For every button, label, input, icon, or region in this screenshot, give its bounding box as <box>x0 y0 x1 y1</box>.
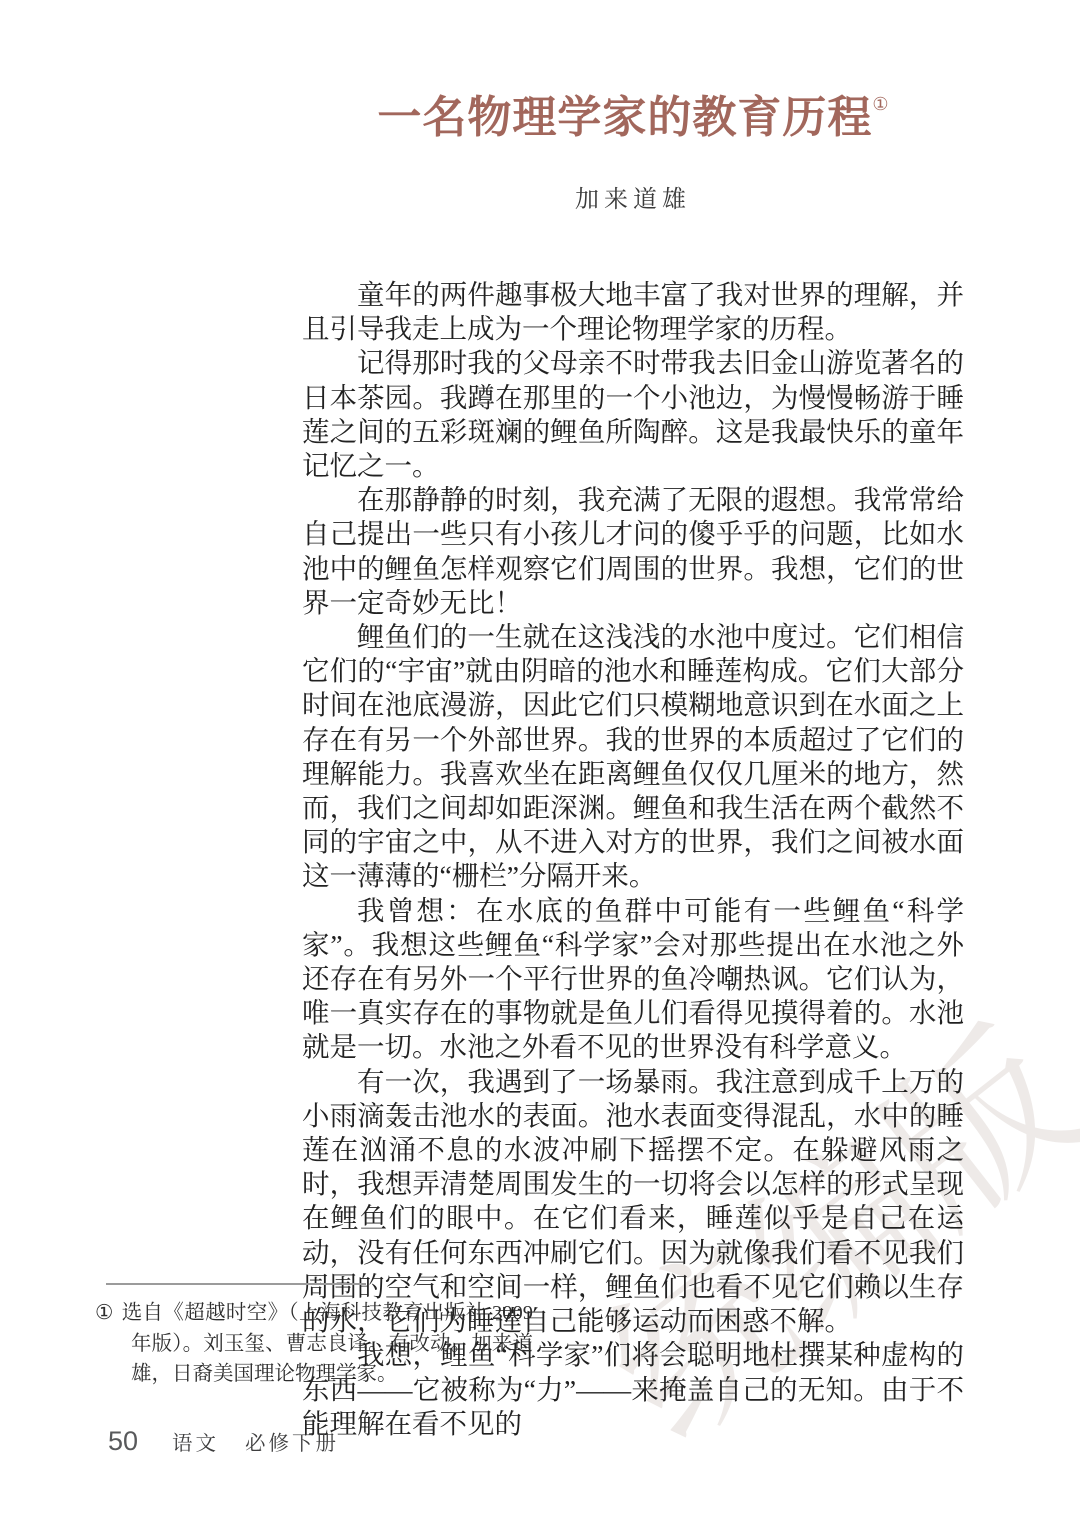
footer-subject: 语文 <box>172 1426 219 1456</box>
footnote-text: 选自《超越时空》（上海科技教育出版社 2009 年版）。刘玉玺、曹志良译。有改动… <box>122 1302 533 1385</box>
article-title: 一名物理学家的教育历程 <box>377 93 872 142</box>
paragraph: 在那静静的时刻，我充满了无限的遐想。我常常给自己提出一些只有小孩儿才问的傻乎乎的… <box>302 483 964 620</box>
footnote-divider <box>106 1283 366 1285</box>
paragraph: 鲤鱼们的一生就在这浅浅的水池中度过。它们相信它们的“宇宙”就由阴暗的池水和睡莲构… <box>302 620 964 894</box>
page-number: 50 <box>108 1426 138 1457</box>
author-name: 加来道雄 <box>302 179 964 214</box>
page-footer: 50 语文 必修下册 <box>108 1426 339 1457</box>
footnote-marker: ① <box>95 1302 114 1324</box>
footnote-reference-superscript: ① <box>872 94 888 114</box>
paragraph: 童年的两件趣事极大地丰富了我对世界的理解，并且引导我走上成为一个理论物理学家的历… <box>302 278 964 346</box>
footer-volume: 必修下册 <box>245 1426 339 1456</box>
article-title-block: 一名物理学家的教育历程① <box>302 94 964 142</box>
paragraph: 记得那时我的父母亲不时带我去旧金山游览著名的日本茶园。我蹲在那里的一个小池边，为… <box>302 346 964 483</box>
footnote-text-line: ①选自《超越时空》（上海科技教育出版社 2009 年版）。刘玉玺、曹志良译。有改… <box>95 1298 533 1390</box>
textbook-page: 统编版 一名物理学家的教育历程① 加来道雄 童年的两件趣事极大地丰富了我对世界的… <box>0 0 1080 1527</box>
article-body: 童年的两件趣事极大地丰富了我对世界的理解，并且引导我走上成为一个理论物理学家的历… <box>302 278 964 1441</box>
paragraph: 我曾想：在水底的鱼群中可能有一些鲤鱼“科学家”。我想这些鲤鱼“科学家”会对那些提… <box>302 894 964 1065</box>
footnote-block: ①选自《超越时空》（上海科技教育出版社 2009 年版）。刘玉玺、曹志良译。有改… <box>95 1298 533 1390</box>
